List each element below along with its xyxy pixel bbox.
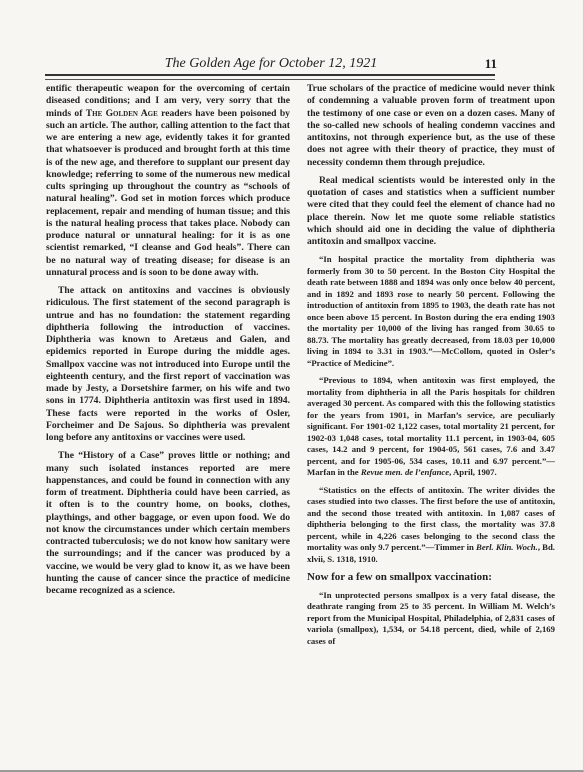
paragraph: True scholars of the practice of medicin… <box>307 83 555 169</box>
paragraph: The attack on antitoxins and vaccines is… <box>46 285 290 444</box>
text-run: “Previous to 1894, when antitoxin was fi… <box>307 375 555 477</box>
paragraph: The “History of a Case” proves little or… <box>46 450 290 597</box>
quotation: “In unprotected persons smallpox is a ve… <box>307 590 555 648</box>
quotation: “Previous to 1894, when antitoxin was fi… <box>307 375 555 479</box>
left-column: entific therapeutic weapon for the overc… <box>46 83 290 597</box>
section-subheading: Now for a few on smallpox vaccination: <box>307 571 555 583</box>
text-run: readers have been poisoned by such an ar… <box>46 108 290 278</box>
paragraph: entific therapeutic weapon for the overc… <box>46 83 290 279</box>
header-title: The Golden Age for October 12, 1921 <box>45 56 497 72</box>
right-column: True scholars of the practice of medicin… <box>307 83 555 647</box>
quotation: “Statistics on the effects of antitoxin.… <box>307 485 555 566</box>
journal-title: Berl. Klin. Woch. <box>476 542 538 552</box>
quotation: “In hospital practice the mortality from… <box>307 254 555 369</box>
text-run: , April, 1907. <box>449 467 497 477</box>
paragraph: Real medical scientists would be interes… <box>307 175 555 249</box>
magazine-page: The Golden Age for October 12, 1921 11 e… <box>0 0 584 772</box>
running-header: The Golden Age for October 12, 1921 11 <box>45 56 497 72</box>
magazine-name: The Golden Age <box>86 108 158 119</box>
page-number: 11 <box>485 56 497 72</box>
header-rule <box>45 74 495 80</box>
journal-title: Revue men. de l’enfance <box>361 467 449 477</box>
